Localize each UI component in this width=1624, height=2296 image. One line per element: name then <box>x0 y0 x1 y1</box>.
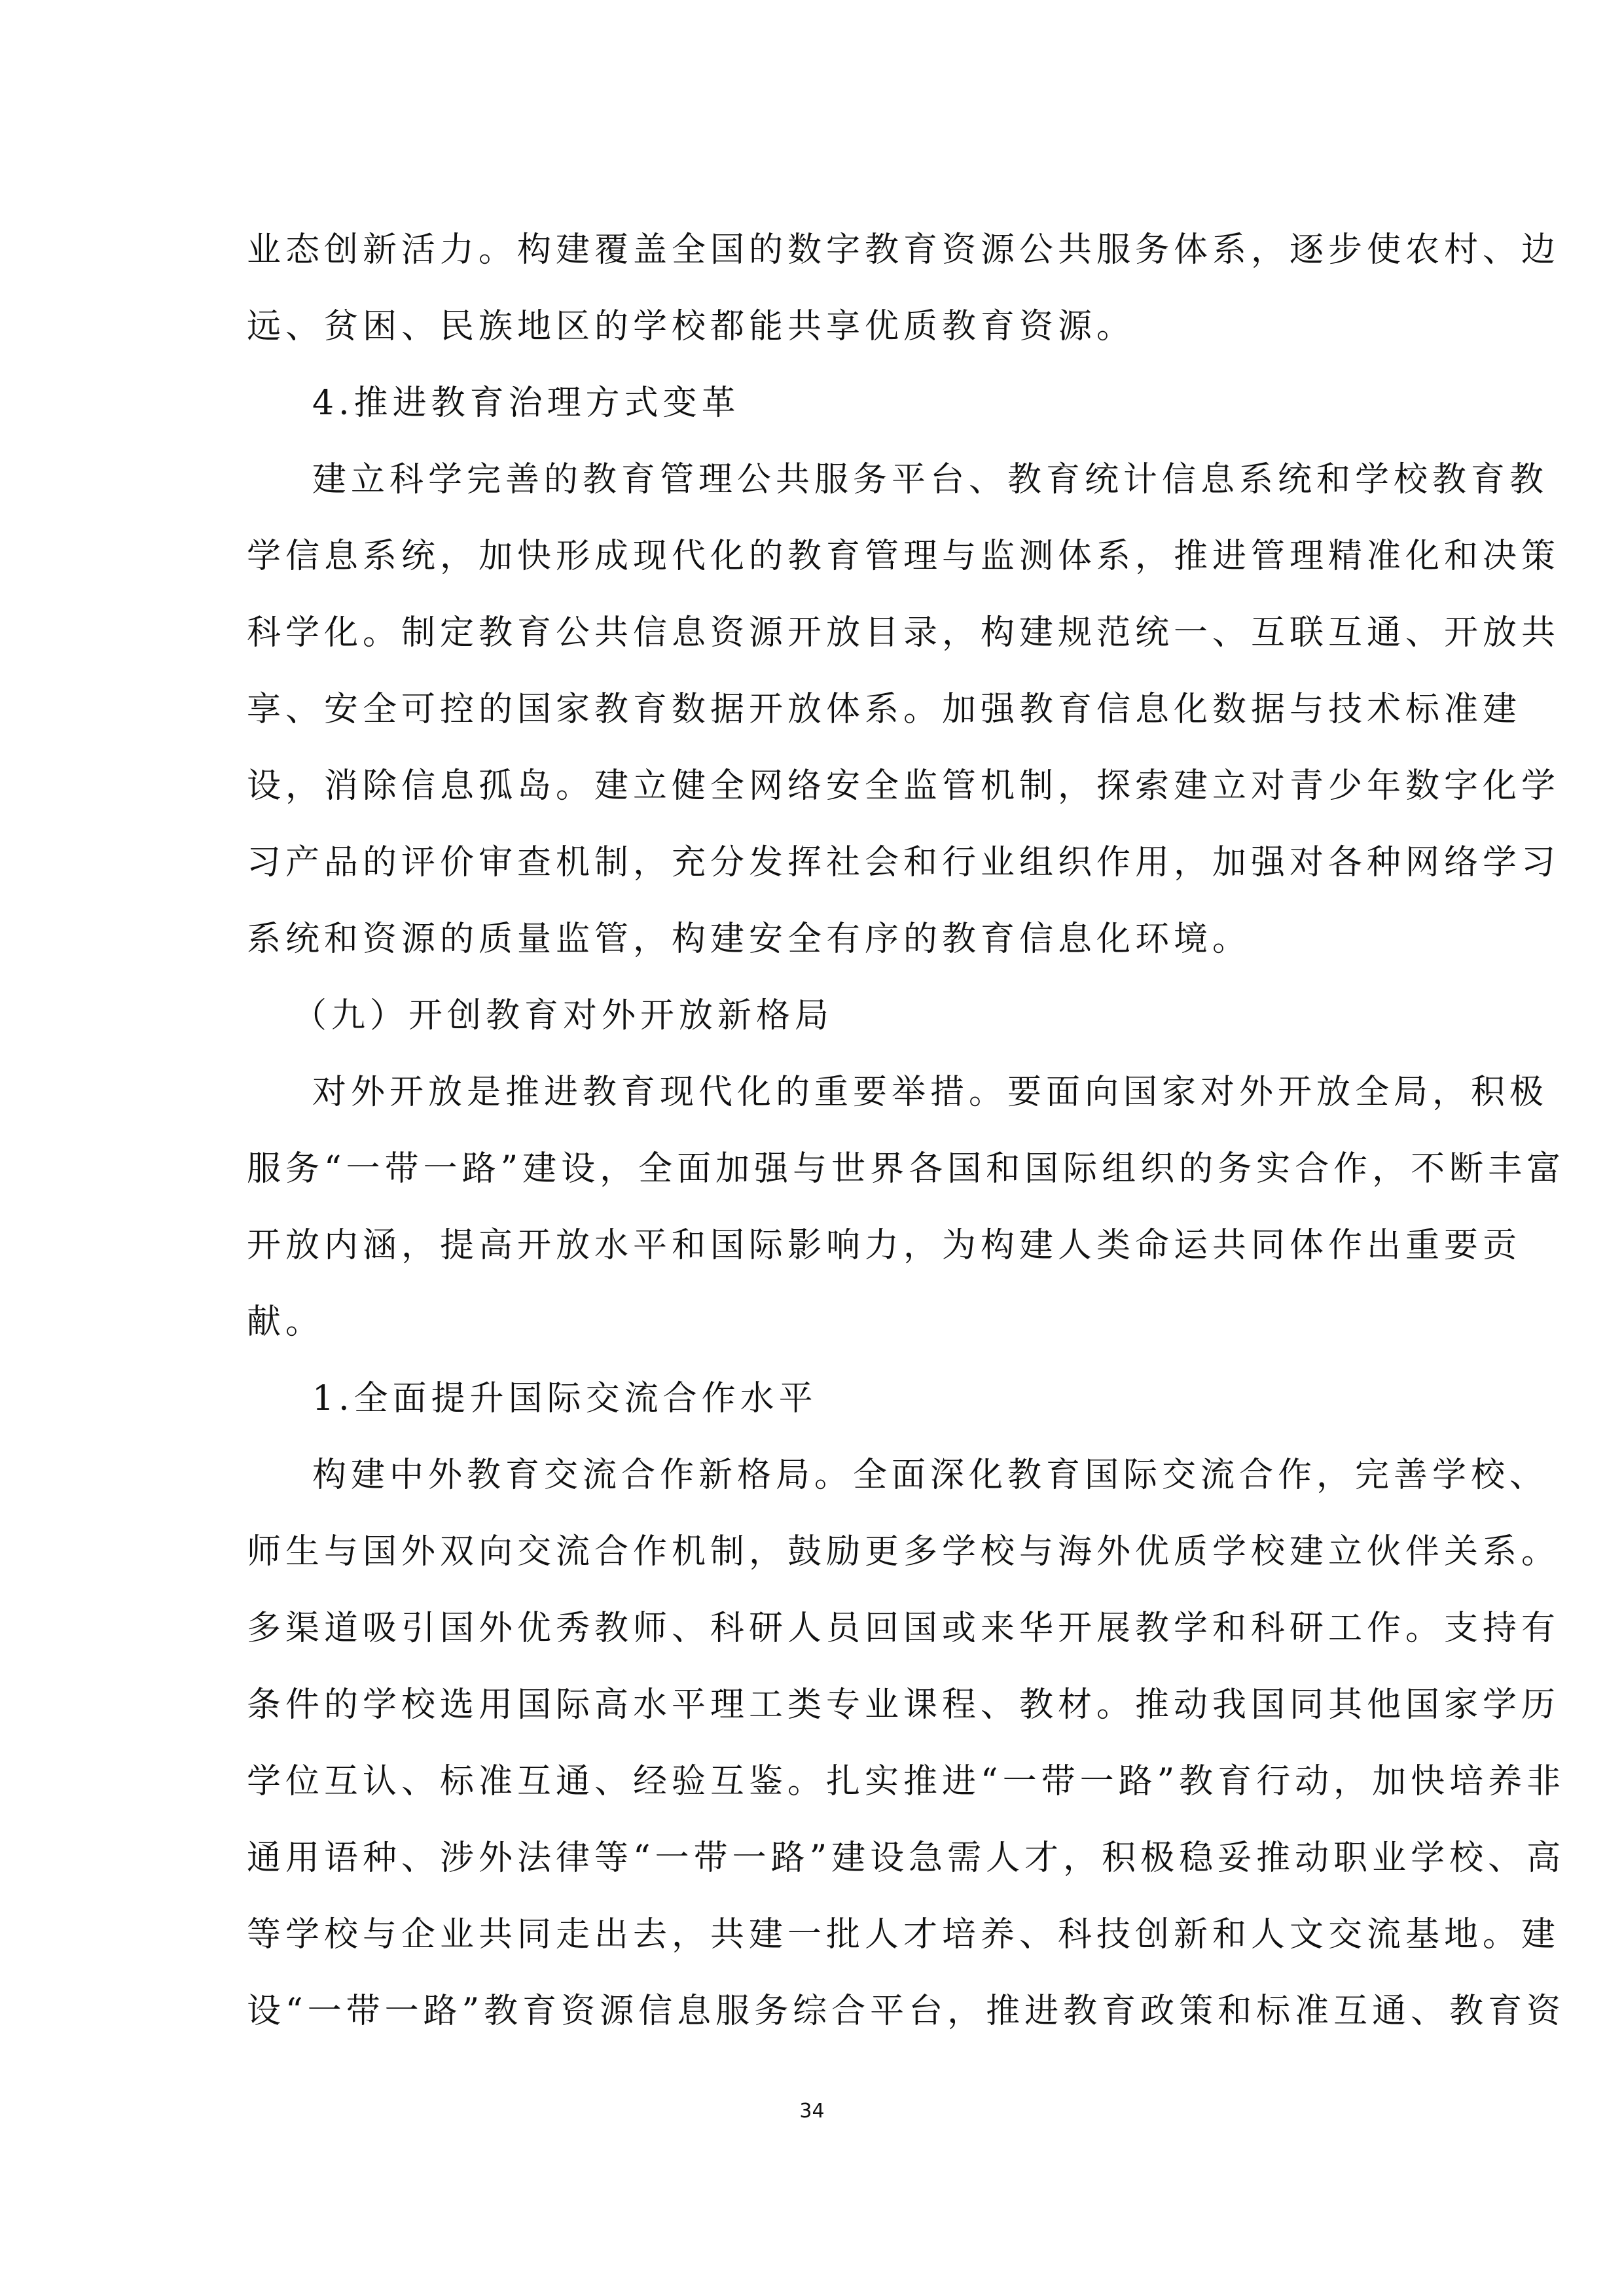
paragraph-line: 业态创新活力。构建覆盖全国的数字教育资源公共服务体系，逐步使农村、边 <box>247 230 1560 270</box>
page-number: 34 <box>0 2100 1624 2123</box>
paragraph-line: 建立科学完善的教育管理公共服务平台、教育统计信息系统和学校教育教 <box>312 460 1548 499</box>
paragraph-line: 服务“一带一路”建设，全面加强与世界各国和国际组织的务实合作，不断丰富 <box>247 1149 1565 1189</box>
paragraph-line: 设，消除信息孤岛。建立健全网络安全监管机制，探索建立对青少年数字化学 <box>247 766 1560 806</box>
paragraph-line: 师生与国外双向交流合作机制，鼓励更多学校与海外优质学校建立伙伴关系。 <box>247 1532 1560 1571</box>
paragraph-line: 学位互认、标准互通、经验互鉴。扎实推进“一带一路”教育行动，加快培养非 <box>247 1762 1565 1801</box>
paragraph-line: 多渠道吸引国外优秀教师、科研人员回国或来华开展教学和科研工作。支持有 <box>247 1609 1560 1648</box>
paragraph-line: 远、贫困、民族地区的学校都能共享优质教育资源。 <box>247 307 1135 346</box>
paragraph-line: 习产品的评价审查机制，充分发挥社会和行业组织作用，加强对各种网络学习 <box>247 843 1560 882</box>
paragraph-line: 通用语种、涉外法律等“一带一路”建设急需人才，积极稳妥推动职业学校、高 <box>247 1839 1565 1878</box>
paragraph-line: 对外开放是推进教育现代化的重要举措。要面向国家对外开放全局，积极 <box>312 1073 1548 1112</box>
paragraph-line: 享、安全可控的国家教育数据开放体系。加强教育信息化数据与技术标准建 <box>247 690 1521 729</box>
document-page: 业态创新活力。构建覆盖全国的数字教育资源公共服务体系，逐步使农村、边 远、贫困、… <box>247 0 1373 2296</box>
paragraph-line: 条件的学校选用国际高水平理工类专业课程、教材。推动我国同其他国家学历 <box>247 1685 1560 1725</box>
section-heading: 1.全面提升国际交流合作水平 <box>312 1379 818 1418</box>
paragraph-line: 学信息系统，加快形成现代化的教育管理与监测体系，推进管理精准化和决策 <box>247 537 1560 576</box>
paragraph-line: 科学化。制定教育公共信息资源开放目录，构建规范统一、互联互通、开放共 <box>247 613 1560 653</box>
paragraph-line: 开放内涵，提高开放水平和国际影响力，为构建人类命运共同体作出重要贡 <box>247 1226 1521 1265</box>
paragraph-line: 系统和资源的质量监管，构建安全有序的教育信息化环境。 <box>247 920 1251 959</box>
paragraph-line: 设“一带一路”教育资源信息服务综合平台，推进教育政策和标准互通、教育资 <box>247 1992 1565 2031</box>
paragraph-line: 等学校与企业共同走出去，共建一批人才培养、科技创新和人文交流基地。建 <box>247 1915 1560 1954</box>
section-heading: 4.推进教育治理方式变革 <box>312 384 740 423</box>
paragraph-line: 构建中外教育交流合作新格局。全面深化教育国际交流合作，完善学校、 <box>312 1456 1548 1495</box>
paragraph-line: 献。 <box>247 1302 324 1342</box>
chapter-heading: （九）开创教育对外开放新格局 <box>293 996 833 1035</box>
